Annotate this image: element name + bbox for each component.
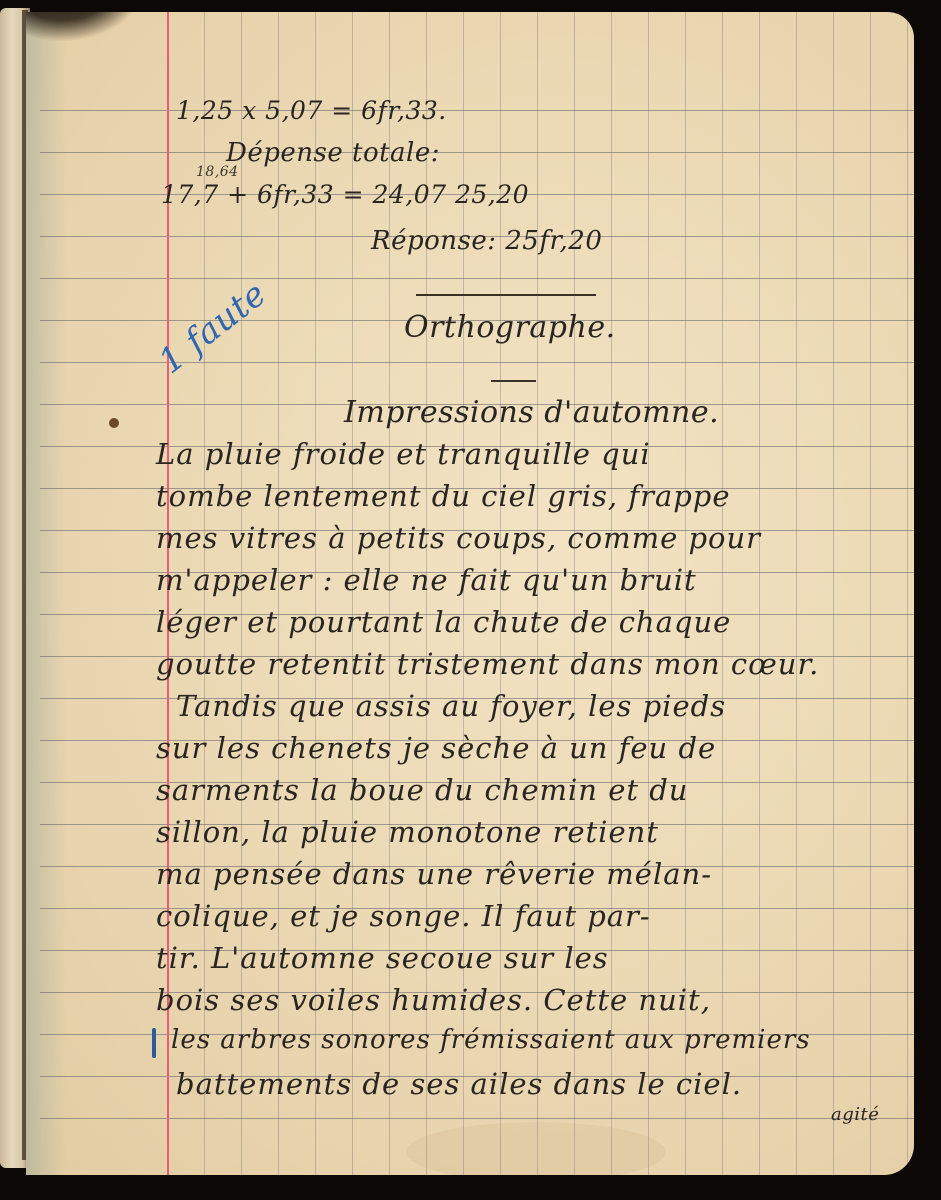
grid-vertical-line	[907, 12, 908, 1175]
text-line-12: colique, et je songe. Il faut par-	[156, 899, 651, 933]
header-rule-top	[416, 294, 596, 296]
text-line-3: mes vitres à petits coups, comme pour	[156, 521, 761, 555]
text-line-4: m'appeler : elle ne fait qu'un bruit	[156, 563, 697, 597]
grid-horizontal-line	[40, 110, 914, 111]
teacher-mark-1-faute: 1 faute	[151, 274, 274, 382]
text-line-9: sarments la boue du chemin et du	[156, 773, 688, 807]
grid-vertical-line	[870, 12, 871, 1175]
text-line-6: goutte retentit tristement dans mon cœur…	[156, 647, 819, 681]
grid-vertical-line	[759, 12, 760, 1175]
calculation-heading: Dépense totale:	[226, 138, 440, 168]
header-rule-bottom	[491, 380, 536, 382]
blue-error-mark	[152, 1028, 156, 1058]
text-line-5: léger et pourtant la chute de chaque	[156, 605, 731, 639]
grid-vertical-line	[722, 12, 723, 1175]
calculation-line-2: 17,7 + 6fr,33 = 24,07 25,20	[161, 180, 529, 209]
grid-horizontal-line	[40, 278, 914, 279]
grid-vertical-line	[796, 12, 797, 1175]
correction-note-agite: agité	[831, 1104, 879, 1125]
dictation-title: Impressions d'automne.	[344, 395, 719, 430]
grid-vertical-line	[833, 12, 834, 1175]
text-line-16: battements de ses ailes dans le ciel.	[176, 1067, 742, 1101]
notebook-page: 1,25 x 5,07 = 6fr,33. Dépense totale: 18…	[26, 12, 914, 1175]
calculation-scribble: 18,64	[196, 164, 239, 180]
gutter-tint	[26, 12, 66, 1175]
top-shadow	[26, 12, 146, 42]
calculation-line-1: 1,25 x 5,07 = 6fr,33.	[176, 96, 447, 125]
paper-stain	[406, 1122, 666, 1175]
section-title: Orthographe.	[404, 310, 616, 345]
calculation-answer: Réponse: 25fr,20	[371, 226, 602, 256]
grid-horizontal-line	[40, 152, 914, 153]
text-line-13: tir. L'automne secoue sur les	[156, 941, 609, 975]
text-line-8: sur les chenets je sèche à un feu de	[156, 731, 716, 765]
text-line-14: bois ses voiles humides. Cette nuit,	[156, 983, 711, 1017]
text-line-15: les arbres sonores frémissaient aux prem…	[171, 1025, 811, 1055]
scanned-notebook: 1,25 x 5,07 = 6fr,33. Dépense totale: 18…	[0, 0, 941, 1200]
text-line-7: Tandis que assis au foyer, les pieds	[176, 689, 726, 723]
ink-spot	[109, 418, 119, 428]
text-line-2: tombe lentement du ciel gris, frappe	[156, 479, 731, 513]
text-line-10: sillon, la pluie monotone retient	[156, 815, 659, 849]
text-line-11: ma pensée dans une rêverie mélan-	[156, 857, 712, 891]
text-line-1: La pluie froide et tranquille qui	[156, 437, 651, 471]
grid-horizontal-line	[40, 1118, 914, 1119]
